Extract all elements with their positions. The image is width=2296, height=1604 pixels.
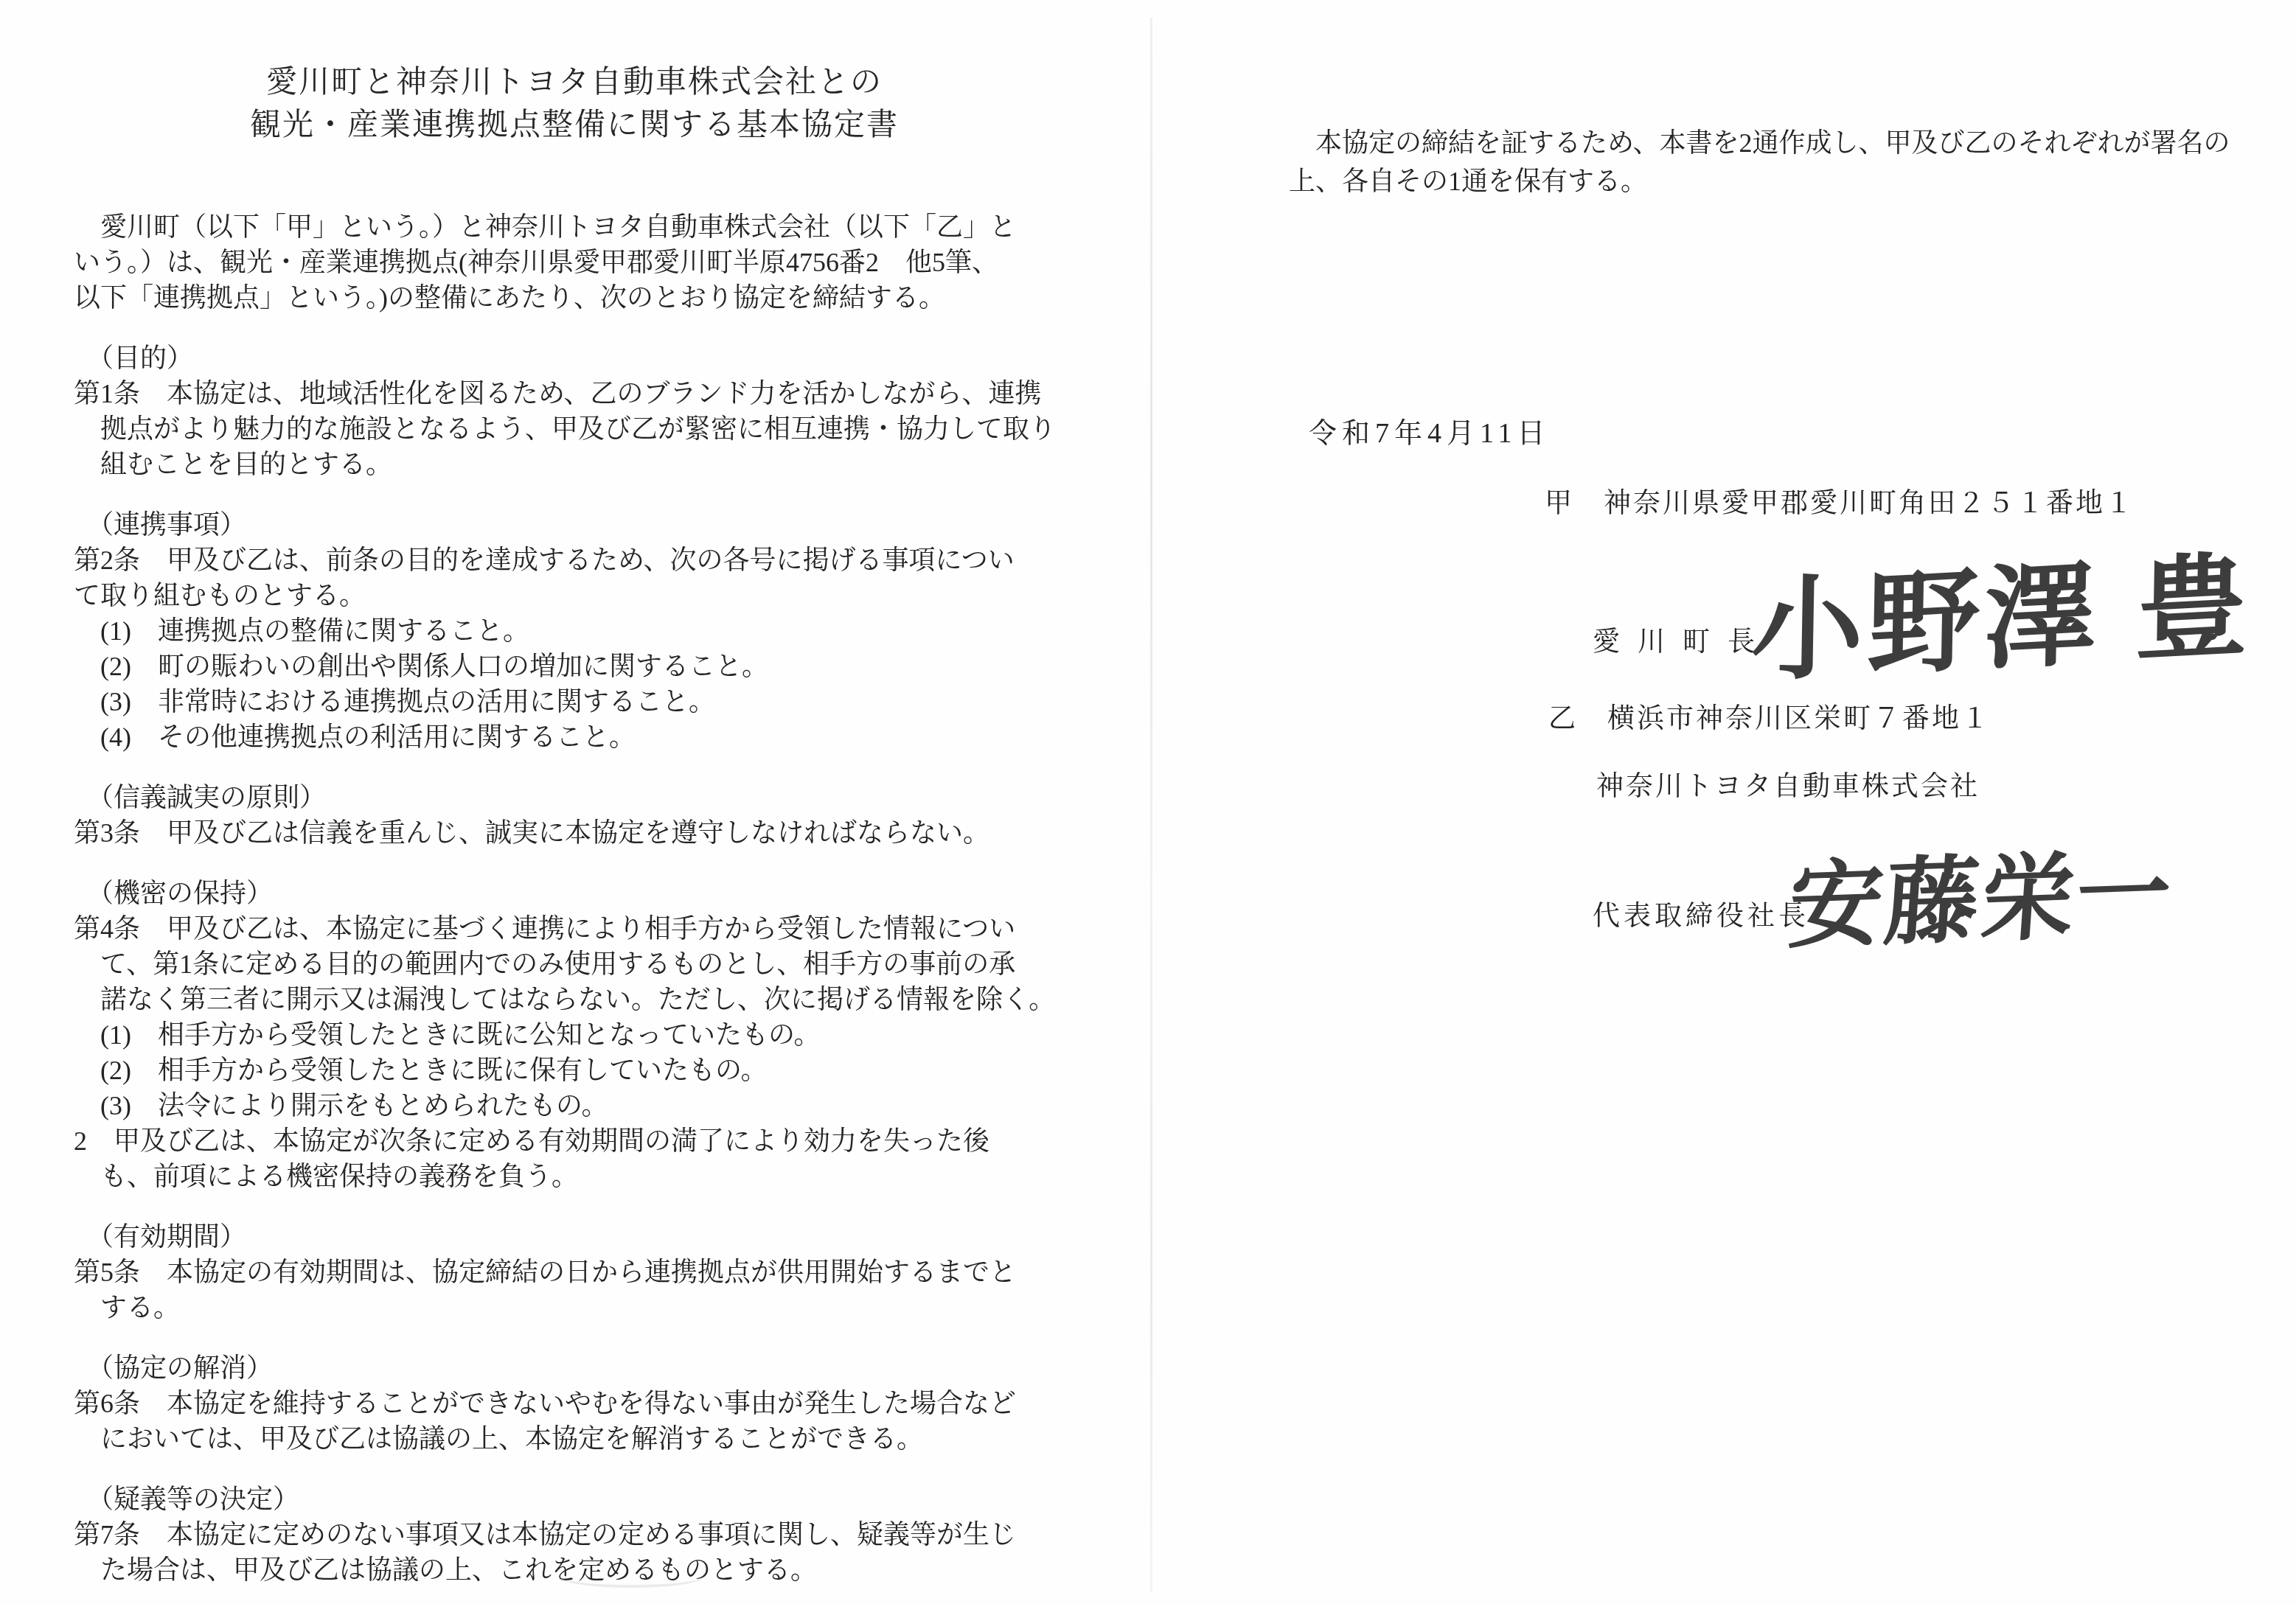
clause-item: (3) 非常時における連携拠点の活用に関すること。 (74, 684, 1075, 719)
page-fold-crease (1150, 18, 1152, 1592)
party-b-signature: 安藤栄一 (1785, 817, 2178, 967)
clause-line: 第5条 本協定の有効期間は、協定締結の日から連携拠点が供用開始するまでと (74, 1255, 1075, 1290)
clause-item: (4) その他連携拠点の利活用に関すること。 (74, 719, 1075, 755)
agreement-date: 令和7年4月11日 (1309, 410, 1551, 450)
section-heading: （信義誠実の原則） (74, 780, 1075, 815)
party-b-role: 代表取締役社長 (1593, 893, 1809, 933)
document-title-line-1: 愛川町と神奈川トヨタ自動車株式会社との (74, 60, 1075, 103)
section-confidentiality: （機密の保持） 第4条 甲及び乙は、本協定に基づく連携により相手方から受領した情… (74, 876, 1075, 1194)
section-termination: （協定の解消） 第6条 本協定を維持することができないやむを得ない事由が発生した… (74, 1350, 1075, 1457)
clause-item: (2) 相手方から受領したときに既に保有していたもの。 (74, 1053, 1075, 1088)
closing-line: 上、各自その1通を保有する。 (1289, 162, 2277, 200)
section-heading: （有効期間） (74, 1219, 1075, 1255)
clause-line: て、第1条に定める目的の範囲内でのみ使用するものとし、相手方の事前の承 (74, 946, 1075, 982)
section-purpose: （目的） 第1条 本協定は、地域活性化を図るため、乙のブランド力を活かしながら、… (74, 341, 1075, 482)
preamble-line: いう。）は、観光・産業連携拠点(神奈川県愛甲郡愛川町半原4756番2 他5筆、 (74, 245, 1075, 280)
section-cooperation-items: （連携事項） 第2条 甲及び乙は、前条の目的を達成するため、次の各号に掲げる事項… (74, 507, 1075, 755)
clause-line: 第7条 本協定に定めのない事項又は本協定の定める事項に関し、疑義等が生じ (74, 1517, 1075, 1552)
preamble-line: 以下「連携拠点」という。)の整備にあたり、次のとおり協定を締結する。 (74, 280, 1075, 315)
party-b-company: 神奈川トヨタ自動車株式会社 (1596, 764, 1980, 803)
clause-line: 第4条 甲及び乙は、本協定に基づく連携により相手方から受領した情報につい (74, 911, 1075, 946)
left-page-content: 愛川町と神奈川トヨタ自動車株式会社との 観光・産業連携拠点整備に関する基本協定書… (0, 0, 1152, 1588)
clause-item: (1) 連携拠点の整備に関すること。 (74, 613, 1075, 649)
party-b-address: 乙 横浜市神奈川区栄町７番地１ (1548, 696, 1991, 736)
clause-line: 拠点がより魅力的な施設となるよう、甲及び乙が緊密に相互連携・協力して取り (74, 411, 1075, 447)
section-heading: （協定の解消） (74, 1350, 1075, 1386)
section-good-faith: （信義誠実の原則） 第3条 甲及び乙は信義を重んじ、誠実に本協定を遵守しなければ… (74, 780, 1075, 851)
clause-line: 組むことを目的とする。 (74, 447, 1075, 482)
closing-paragraph: 本協定の締結を証するため、本書を2通作成し、甲及び乙のそれぞれが署名の 上、各自… (1289, 124, 2277, 200)
clause-item: (1) 相手方から受領したときに既に公知となっていたもの。 (74, 1017, 1075, 1053)
preamble-line: 愛川町（以下「甲」という。）と神奈川トヨタ自動車株式会社（以下「乙」と (74, 209, 1075, 245)
clause-line: て取り組むものとする。 (74, 578, 1075, 613)
section-heading: （機密の保持） (74, 876, 1075, 911)
clause-line: 諾なく第三者に開示又は漏洩してはならない。ただし、次に掲げる情報を除く。 (74, 982, 1075, 1017)
clause-line: する。 (74, 1290, 1075, 1325)
clause-line: 第6条 本協定を維持することができないやむを得ない事由が発生した場合など (74, 1386, 1075, 1421)
document-title: 愛川町と神奈川トヨタ自動車株式会社との 観光・産業連携拠点整備に関する基本協定書 (74, 60, 1075, 146)
section-heading: （連携事項） (74, 507, 1075, 543)
clause-item: (2) 町の賑わいの創出や関係人口の増加に関すること。 (74, 649, 1075, 684)
left-page: 愛川町と神奈川トヨタ自動車株式会社との 観光・産業連携拠点整備に関する基本協定書… (0, 0, 1152, 1604)
scan-smudge (559, 1566, 703, 1588)
scanned-agreement-document: 愛川町と神奈川トヨタ自動車株式会社との 観光・産業連携拠点整備に関する基本協定書… (0, 0, 2296, 1604)
party-a-address: 甲 神奈川県愛甲郡愛川町角田２５１番地１ (1545, 481, 2135, 520)
clause-line: 第1条 本協定は、地域活性化を図るため、乙のブランド力を活かしながら、連携 (74, 376, 1075, 411)
document-title-line-2: 観光・産業連携拠点整備に関する基本協定書 (74, 103, 1075, 146)
clause-line: 2 甲及び乙は、本協定が次条に定める有効期間の満了により効力を失った後 (74, 1123, 1075, 1159)
clause-line: 第2条 甲及び乙は、前条の目的を達成するため、次の各号に掲げる事項につい (74, 543, 1075, 578)
party-a-role: 愛川町長 (1593, 619, 1773, 659)
clause-item: (3) 法令により開示をもとめられたもの。 (74, 1088, 1075, 1123)
clause-line: 第3条 甲及び乙は信義を重んじ、誠実に本協定を遵守しなければならない。 (74, 815, 1075, 851)
section-heading: （疑義等の決定） (74, 1482, 1075, 1517)
clause-line: も、前項による機密保持の義務を負う。 (74, 1159, 1075, 1194)
closing-line: 本協定の締結を証するため、本書を2通作成し、甲及び乙のそれぞれが署名の (1289, 124, 2277, 162)
clause-line: においては、甲及び乙は協議の上、本協定を解消することができる。 (74, 1421, 1075, 1457)
section-heading: （目的） (74, 341, 1075, 376)
right-page: 本協定の締結を証するため、本書を2通作成し、甲及び乙のそれぞれが署名の 上、各自… (1152, 0, 2296, 1604)
preamble-paragraph: 愛川町（以下「甲」という。）と神奈川トヨタ自動車株式会社（以下「乙」と いう。）… (74, 209, 1075, 315)
section-validity-period: （有効期間） 第5条 本協定の有効期間は、協定締結の日から連携拠点が供用開始する… (74, 1219, 1075, 1325)
party-a-signature: 小野澤 豊 (1750, 516, 2254, 703)
